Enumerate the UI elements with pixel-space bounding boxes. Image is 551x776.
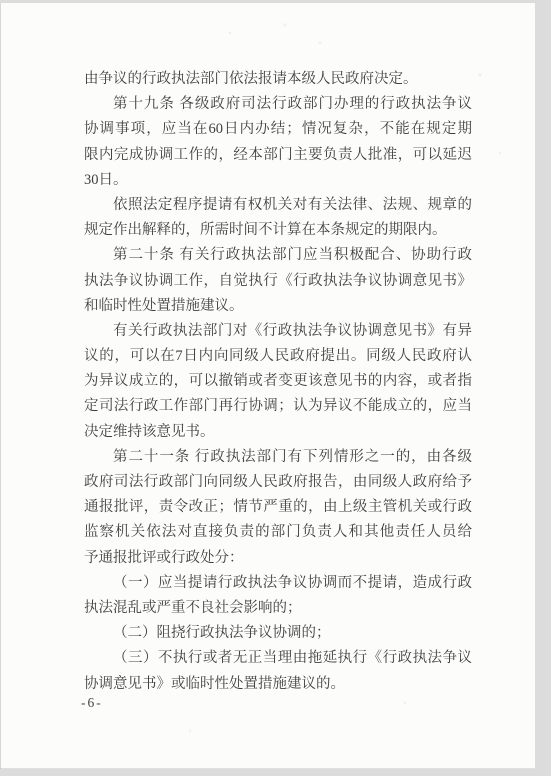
document-line: （二）阻挠行政执法争议协调的； xyxy=(84,621,472,646)
document-line: 为异议成立的，可以撤销或者变更该意见书的内容，或者指 xyxy=(84,369,472,394)
document-line: （一）应当提请行政执法争议协调而不提请，造成行政 xyxy=(84,571,472,596)
document-line: 通报批评，责令改正；情节严重的，由上级主管机关或行政 xyxy=(84,495,472,520)
page-number: -6- xyxy=(81,695,103,711)
document-line: 予通报批评或行政处分： xyxy=(84,546,472,571)
document-line: 执法争议协调工作，自觉执行《行政执法争议协调意见书》 xyxy=(84,269,472,294)
document-line: 和临时性处置措施建议。 xyxy=(84,294,472,319)
document-line: （三）不执行或者无正当理由拖延执行《行政执法争议 xyxy=(84,646,472,671)
document-line: 30日。 xyxy=(84,168,472,193)
document-line: 第二十一条 行政执法部门有下列情形之一的，由各级 xyxy=(84,445,472,470)
document-text: 由争议的行政执法部门依法报请本级人民政府决定。 第十九条 各级政府司法行政部门办… xyxy=(84,67,472,697)
scanned-page: 由争议的行政执法部门依法报请本级人民政府决定。 第十九条 各级政府司法行政部门办… xyxy=(0,3,535,769)
document-line: 依照法定程序提请有权机关对有关法律、法规、规章的 xyxy=(84,193,472,218)
document-line: 执法混乱或严重不良社会影响的； xyxy=(84,596,472,621)
document-line: 由争议的行政执法部门依法报请本级人民政府决定。 xyxy=(84,67,472,92)
document-line: 有关行政执法部门对《行政执法争议协调意见书》有异 xyxy=(84,319,472,344)
document-line: 政府司法行政部门向同级人民政府报告，由同级人政府给予 xyxy=(84,470,472,495)
document-line: 协调意见书》或临时性处置措施建议的。 xyxy=(84,672,472,697)
document-line: 决定维持该意见书。 xyxy=(84,420,472,445)
document-line: 协调事项，应当在60日内办结；情况复杂，不能在规定期 xyxy=(84,117,472,142)
document-line: 第二十条 有关行政执法部门应当积极配合、协助行政 xyxy=(84,243,472,268)
document-line: 限内完成协调工作的，经本部门主要负责人批准，可以延迟 xyxy=(84,143,472,168)
document-line: 定司法行政工作部门再行协调；认为异议不能成立的，应当 xyxy=(84,394,472,419)
document-line: 监察机关依法对直接负责的部门负责人和其他责任人员给 xyxy=(84,520,472,545)
document-line: 第十九条 各级政府司法行政部门办理的行政执法争议 xyxy=(84,92,472,117)
document-line: 规定作出解释的，所需时间不计算在本条规定的期限内。 xyxy=(84,218,472,243)
document-line: 议的，可以在7日内向同级人民政府提出。同级人民政府认 xyxy=(84,344,472,369)
